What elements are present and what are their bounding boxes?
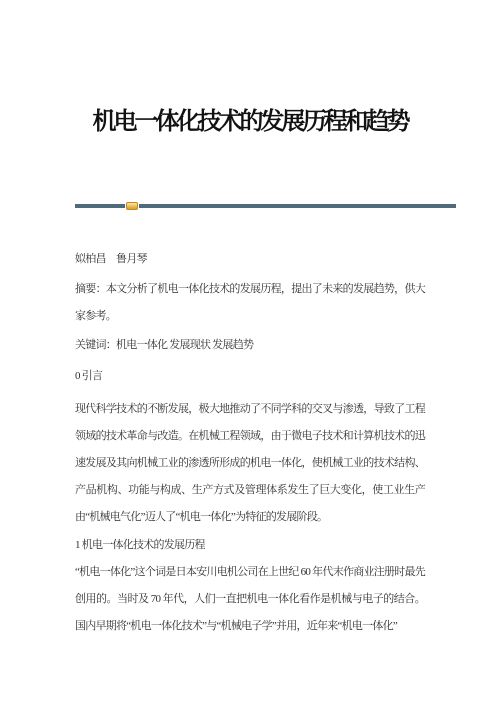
- article-title: 机电一体化技术的发展历程和趋势: [0, 108, 500, 136]
- document-page: 机电一体化技术的发展历程和趋势 姒柏昌 鲁月琴 摘要：本文分析了机电一体化技术的…: [0, 0, 500, 708]
- section-heading-history: 1 机电一体化技术的发展历程: [75, 532, 425, 559]
- abstract-text: 摘要：本文分析了机电一体化技术的发展历程，提出了未来的发展趋势，供大家参考。: [75, 276, 425, 330]
- divider-bar-left: [75, 204, 125, 208]
- keywords-line: 关键词：机电一体化 发展现状 发展趋势: [75, 332, 425, 359]
- title-divider: [75, 201, 456, 210]
- author-line: 姒柏昌 鲁月琴: [75, 246, 425, 273]
- article-body: 姒柏昌 鲁月琴 摘要：本文分析了机电一体化技术的发展历程，提出了未来的发展趋势，…: [75, 246, 425, 640]
- section-paragraph: “机电一体化”这个词是日本安川电机公司在上世纪 60 年代末作商业注册时最先创用…: [75, 559, 425, 640]
- gold-badge-icon: [126, 202, 138, 210]
- divider-bar-right: [139, 204, 456, 208]
- section-heading-introduction: 0 引言: [75, 363, 425, 390]
- section-paragraph: 现代科学技术的不断发展，极大地推动了不同学科的交叉与渗透，导致了工程领域的技术革…: [75, 396, 425, 531]
